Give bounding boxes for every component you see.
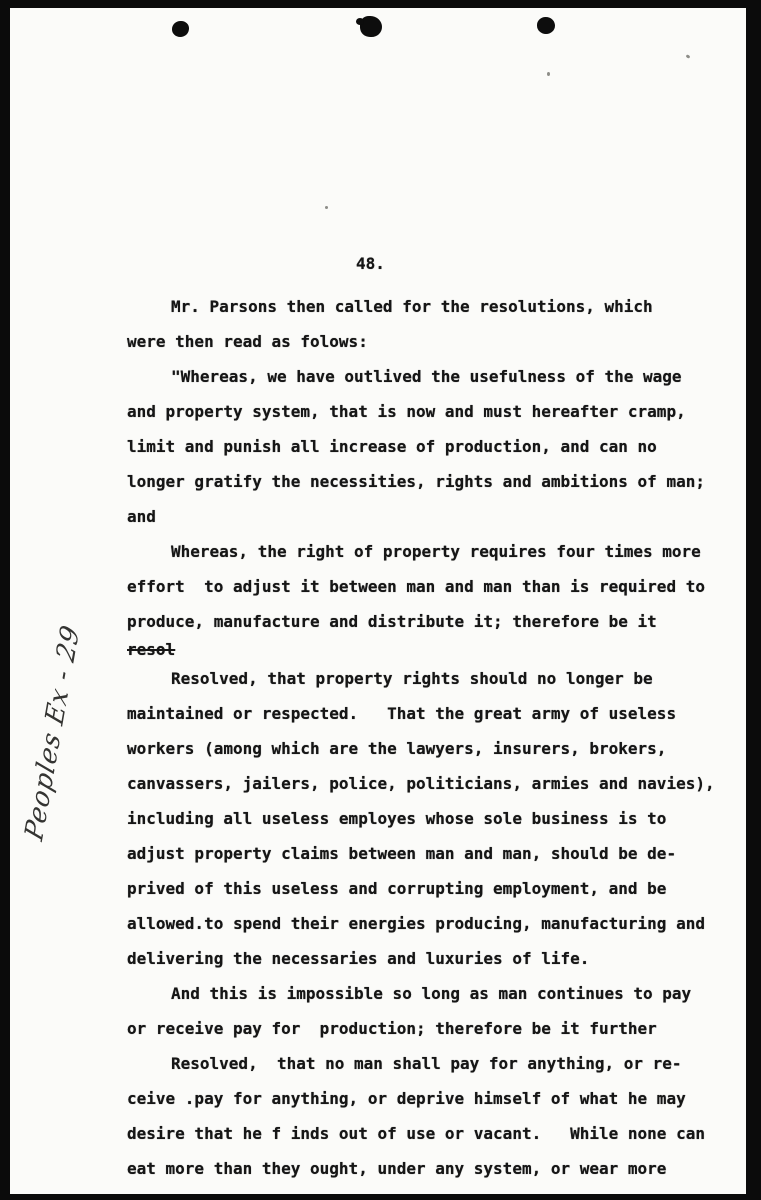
typed-line: eat more than they ought, under any syst… (127, 1151, 727, 1186)
binding-hole-dot-3 (537, 17, 555, 34)
typed-line: workers (among which are the lawyers, in… (127, 731, 727, 766)
typed-text-block: Mr. Parsons then called for the resoluti… (127, 289, 727, 1186)
typed-line: longer gratify the necessities, rights a… (127, 464, 727, 499)
typed-line: allowed.to spend their energies producin… (127, 906, 727, 941)
typed-line: Whereas, the right of property requires … (127, 534, 727, 569)
typed-line: desire that he f inds out of use or vaca… (127, 1116, 727, 1151)
typed-line: maintained or respected. That the great … (127, 696, 727, 731)
scan-speck (325, 206, 328, 209)
page-number: 48. (356, 254, 385, 273)
typed-line-struck-out: resol (127, 639, 727, 661)
typed-line: including all useless employes whose sol… (127, 801, 727, 836)
typed-line: Resolved, that property rights should no… (127, 661, 727, 696)
typed-line: Mr. Parsons then called for the resoluti… (127, 289, 727, 324)
typed-line: delivering the necessaries and luxuries … (127, 941, 727, 976)
typed-line: limit and punish all increase of product… (127, 429, 727, 464)
document-page: 48. Peoples Ex - 29 Mr. Parsons then cal… (10, 8, 746, 1194)
typed-line: "Whereas, we have outlived the usefulnes… (127, 359, 727, 394)
binding-hole-dot-2 (360, 16, 382, 37)
typed-line: canvassers, jailers, police, politicians… (127, 766, 727, 801)
typed-line: and (127, 499, 727, 534)
handwritten-exhibit-annotation: Peoples Ex - 29 (20, 627, 89, 846)
typed-line: were then read as folows: (127, 324, 727, 359)
typed-line: or receive pay for production; therefore… (127, 1011, 727, 1046)
scan-speck (686, 54, 691, 59)
binding-hole-dot-1 (172, 21, 189, 37)
typed-line: ceive .pay for anything, or deprive hims… (127, 1081, 727, 1116)
typed-line: produce, manufacture and distribute it; … (127, 604, 727, 639)
typed-line: Resolved, that no man shall pay for anyt… (127, 1046, 727, 1081)
typed-line: effort to adjust it between man and man … (127, 569, 727, 604)
typed-line: And this is impossible so long as man co… (127, 976, 727, 1011)
scanned-page-frame: 48. Peoples Ex - 29 Mr. Parsons then cal… (0, 0, 761, 1200)
typed-line: and property system, that is now and mus… (127, 394, 727, 429)
typed-line: prived of this useless and corrupting em… (127, 871, 727, 906)
scan-speck (547, 72, 550, 76)
typed-line: adjust property claims between man and m… (127, 836, 727, 871)
